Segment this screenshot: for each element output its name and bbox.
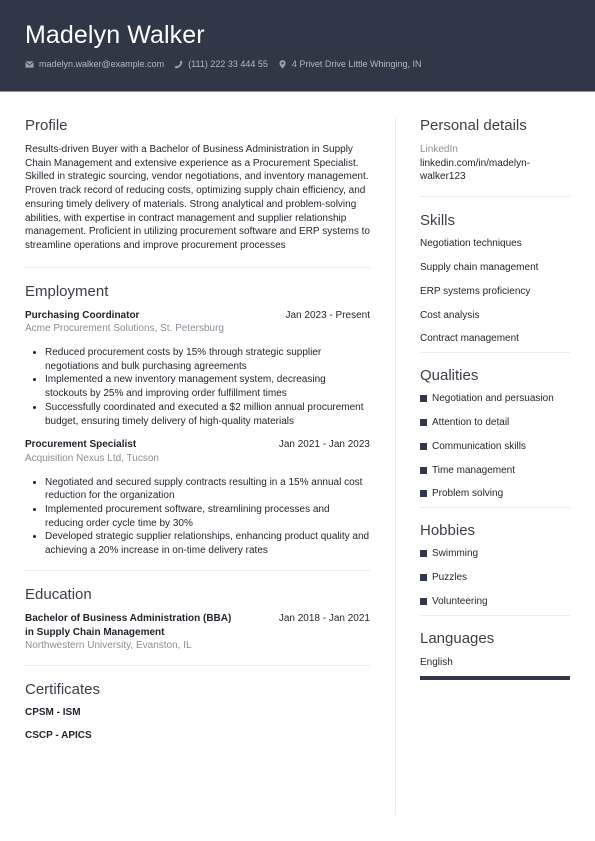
hobby-item: Volunteering [420, 596, 570, 612]
map-pin-icon [278, 60, 287, 69]
job-organization: Acquisition Nexus Ltd, Tucson [25, 452, 370, 466]
achievement-item: Developed strategic supplier relationshi… [45, 530, 370, 557]
contact-phone[interactable]: (111) 222 33 444 55 [174, 59, 268, 69]
skill-label: Cost analysis [420, 310, 479, 321]
section-divider [420, 196, 570, 197]
hobbies-heading: Hobbies [420, 522, 570, 539]
skill-item: Cost analysis [420, 310, 570, 334]
education-section: Education Bachelor of Business Administr… [25, 586, 370, 653]
hobby-label: Swimming [432, 548, 478, 559]
quality-label: Attention to detail [432, 417, 509, 428]
contact-address: 4 Privet Drive Little Whinging, IN [278, 59, 422, 69]
language-proficiency-fill [420, 676, 570, 680]
languages-section: Languages English [420, 630, 570, 680]
hobby-item: Puzzles [420, 572, 570, 596]
qualities-section: Qualities Negotiation and persuasion Att… [420, 367, 570, 504]
skill-label: Contract management [420, 333, 519, 344]
square-bullet-icon [420, 467, 427, 474]
achievement-item: Negotiated and secured supply contracts … [45, 476, 370, 503]
school-name: Northwestern University, Evanston, IL [25, 639, 370, 653]
phone-text: (111) 222 33 444 55 [188, 59, 268, 69]
skill-label: Supply chain management [420, 262, 538, 273]
education-date: Jan 2018 - Jan 2021 [279, 612, 370, 639]
achievement-item: Implemented a new inventory management s… [45, 373, 370, 400]
address-text: 4 Privet Drive Little Whinging, IN [292, 59, 422, 69]
skill-item: Supply chain management [420, 262, 570, 286]
phone-icon [174, 60, 183, 69]
contact-email[interactable]: madelyn.walker@example.com [25, 59, 164, 69]
skill-item: ERP systems proficiency [420, 286, 570, 310]
section-divider [420, 507, 570, 508]
quality-item: Attention to detail [420, 417, 570, 441]
envelope-icon [25, 60, 34, 69]
hobby-item: Swimming [420, 548, 570, 572]
quality-item: Negotiation and persuasion [420, 393, 570, 417]
job-entry: Purchasing Coordinator Jan 2023 - Presen… [25, 309, 370, 429]
square-bullet-icon [420, 395, 427, 402]
job-organization: Acme Procurement Solutions, St. Petersbu… [25, 322, 370, 336]
hobbies-section: Hobbies Swimming Puzzles Volunteering [420, 522, 570, 612]
quality-item: Communication skills [420, 441, 570, 465]
square-bullet-icon [420, 443, 427, 450]
hobby-label: Puzzles [432, 572, 467, 583]
skill-label: Negotiation techniques [420, 238, 522, 249]
profile-section: Profile Results-driven Buyer with a Bach… [25, 117, 370, 253]
resume-header: Madelyn Walker madelyn.walker@example.co… [0, 0, 595, 92]
quality-label: Negotiation and persuasion [432, 393, 554, 404]
skill-item: Negotiation techniques [420, 238, 570, 262]
job-entry: Procurement Specialist Jan 2021 - Jan 20… [25, 438, 370, 558]
certificate-item: CSCP - APICS [25, 730, 370, 741]
achievement-item: Reduced procurement costs by 15% through… [45, 346, 370, 373]
profile-summary: Results-driven Buyer with a Bachelor of … [25, 143, 370, 253]
certificates-section: Certificates CPSM - ISM CSCP - APICS [25, 681, 370, 741]
column-divider [395, 117, 396, 815]
main-column: Profile Results-driven Buyer with a Bach… [25, 117, 370, 741]
employment-section: Employment Purchasing Coordinator Jan 20… [25, 283, 370, 558]
profile-heading: Profile [25, 117, 370, 134]
section-divider [25, 570, 370, 571]
hobby-label: Volunteering [432, 596, 488, 607]
certificates-heading: Certificates [25, 681, 370, 698]
degree-title: Bachelor of Business Administration (BBA… [25, 612, 240, 639]
skills-heading: Skills [420, 212, 570, 229]
square-bullet-icon [420, 490, 427, 497]
personal-details-heading: Personal details [420, 117, 570, 134]
skills-section: Skills Negotiation techniques Supply cha… [420, 212, 570, 349]
certificate-item: CPSM - ISM [25, 707, 370, 718]
achievement-item: Successfully coordinated and executed a … [45, 401, 370, 428]
education-heading: Education [25, 586, 370, 603]
job-date: Jan 2023 - Present [286, 309, 371, 323]
quality-label: Time management [432, 465, 515, 476]
square-bullet-icon [420, 419, 427, 426]
contact-row: madelyn.walker@example.com (111) 222 33 … [25, 59, 431, 69]
personal-details-section: Personal details LinkedIn linkedin.com/i… [420, 117, 570, 184]
skill-item: Contract management [420, 333, 570, 349]
qualities-heading: Qualities [420, 367, 570, 384]
square-bullet-icon [420, 550, 427, 557]
section-divider [420, 352, 570, 353]
sidebar-column: Personal details LinkedIn linkedin.com/i… [420, 117, 570, 680]
job-achievements: Negotiated and secured supply contracts … [25, 476, 370, 558]
email-text: madelyn.walker@example.com [39, 59, 164, 69]
languages-heading: Languages [420, 630, 570, 647]
language-name: English [420, 656, 570, 670]
quality-label: Communication skills [432, 441, 526, 452]
job-title: Purchasing Coordinator [25, 309, 139, 323]
skill-label: ERP systems proficiency [420, 286, 530, 297]
square-bullet-icon [420, 574, 427, 581]
candidate-name: Madelyn Walker [25, 21, 205, 50]
language-proficiency-bar [420, 676, 570, 680]
quality-item: Time management [420, 465, 570, 489]
section-divider [25, 665, 370, 666]
section-divider [420, 615, 570, 616]
employment-heading: Employment [25, 283, 370, 300]
quality-label: Problem solving [432, 488, 503, 499]
job-title: Procurement Specialist [25, 438, 136, 452]
quality-item: Problem solving [420, 488, 570, 504]
job-achievements: Reduced procurement costs by 15% through… [25, 346, 370, 428]
achievement-item: Implemented procurement software, stream… [45, 503, 370, 530]
linkedin-label: LinkedIn [420, 143, 570, 157]
section-divider [25, 267, 370, 268]
square-bullet-icon [420, 598, 427, 605]
linkedin-link[interactable]: linkedin.com/in/madelyn-walker123 [420, 157, 540, 184]
job-date: Jan 2021 - Jan 2023 [279, 438, 370, 452]
